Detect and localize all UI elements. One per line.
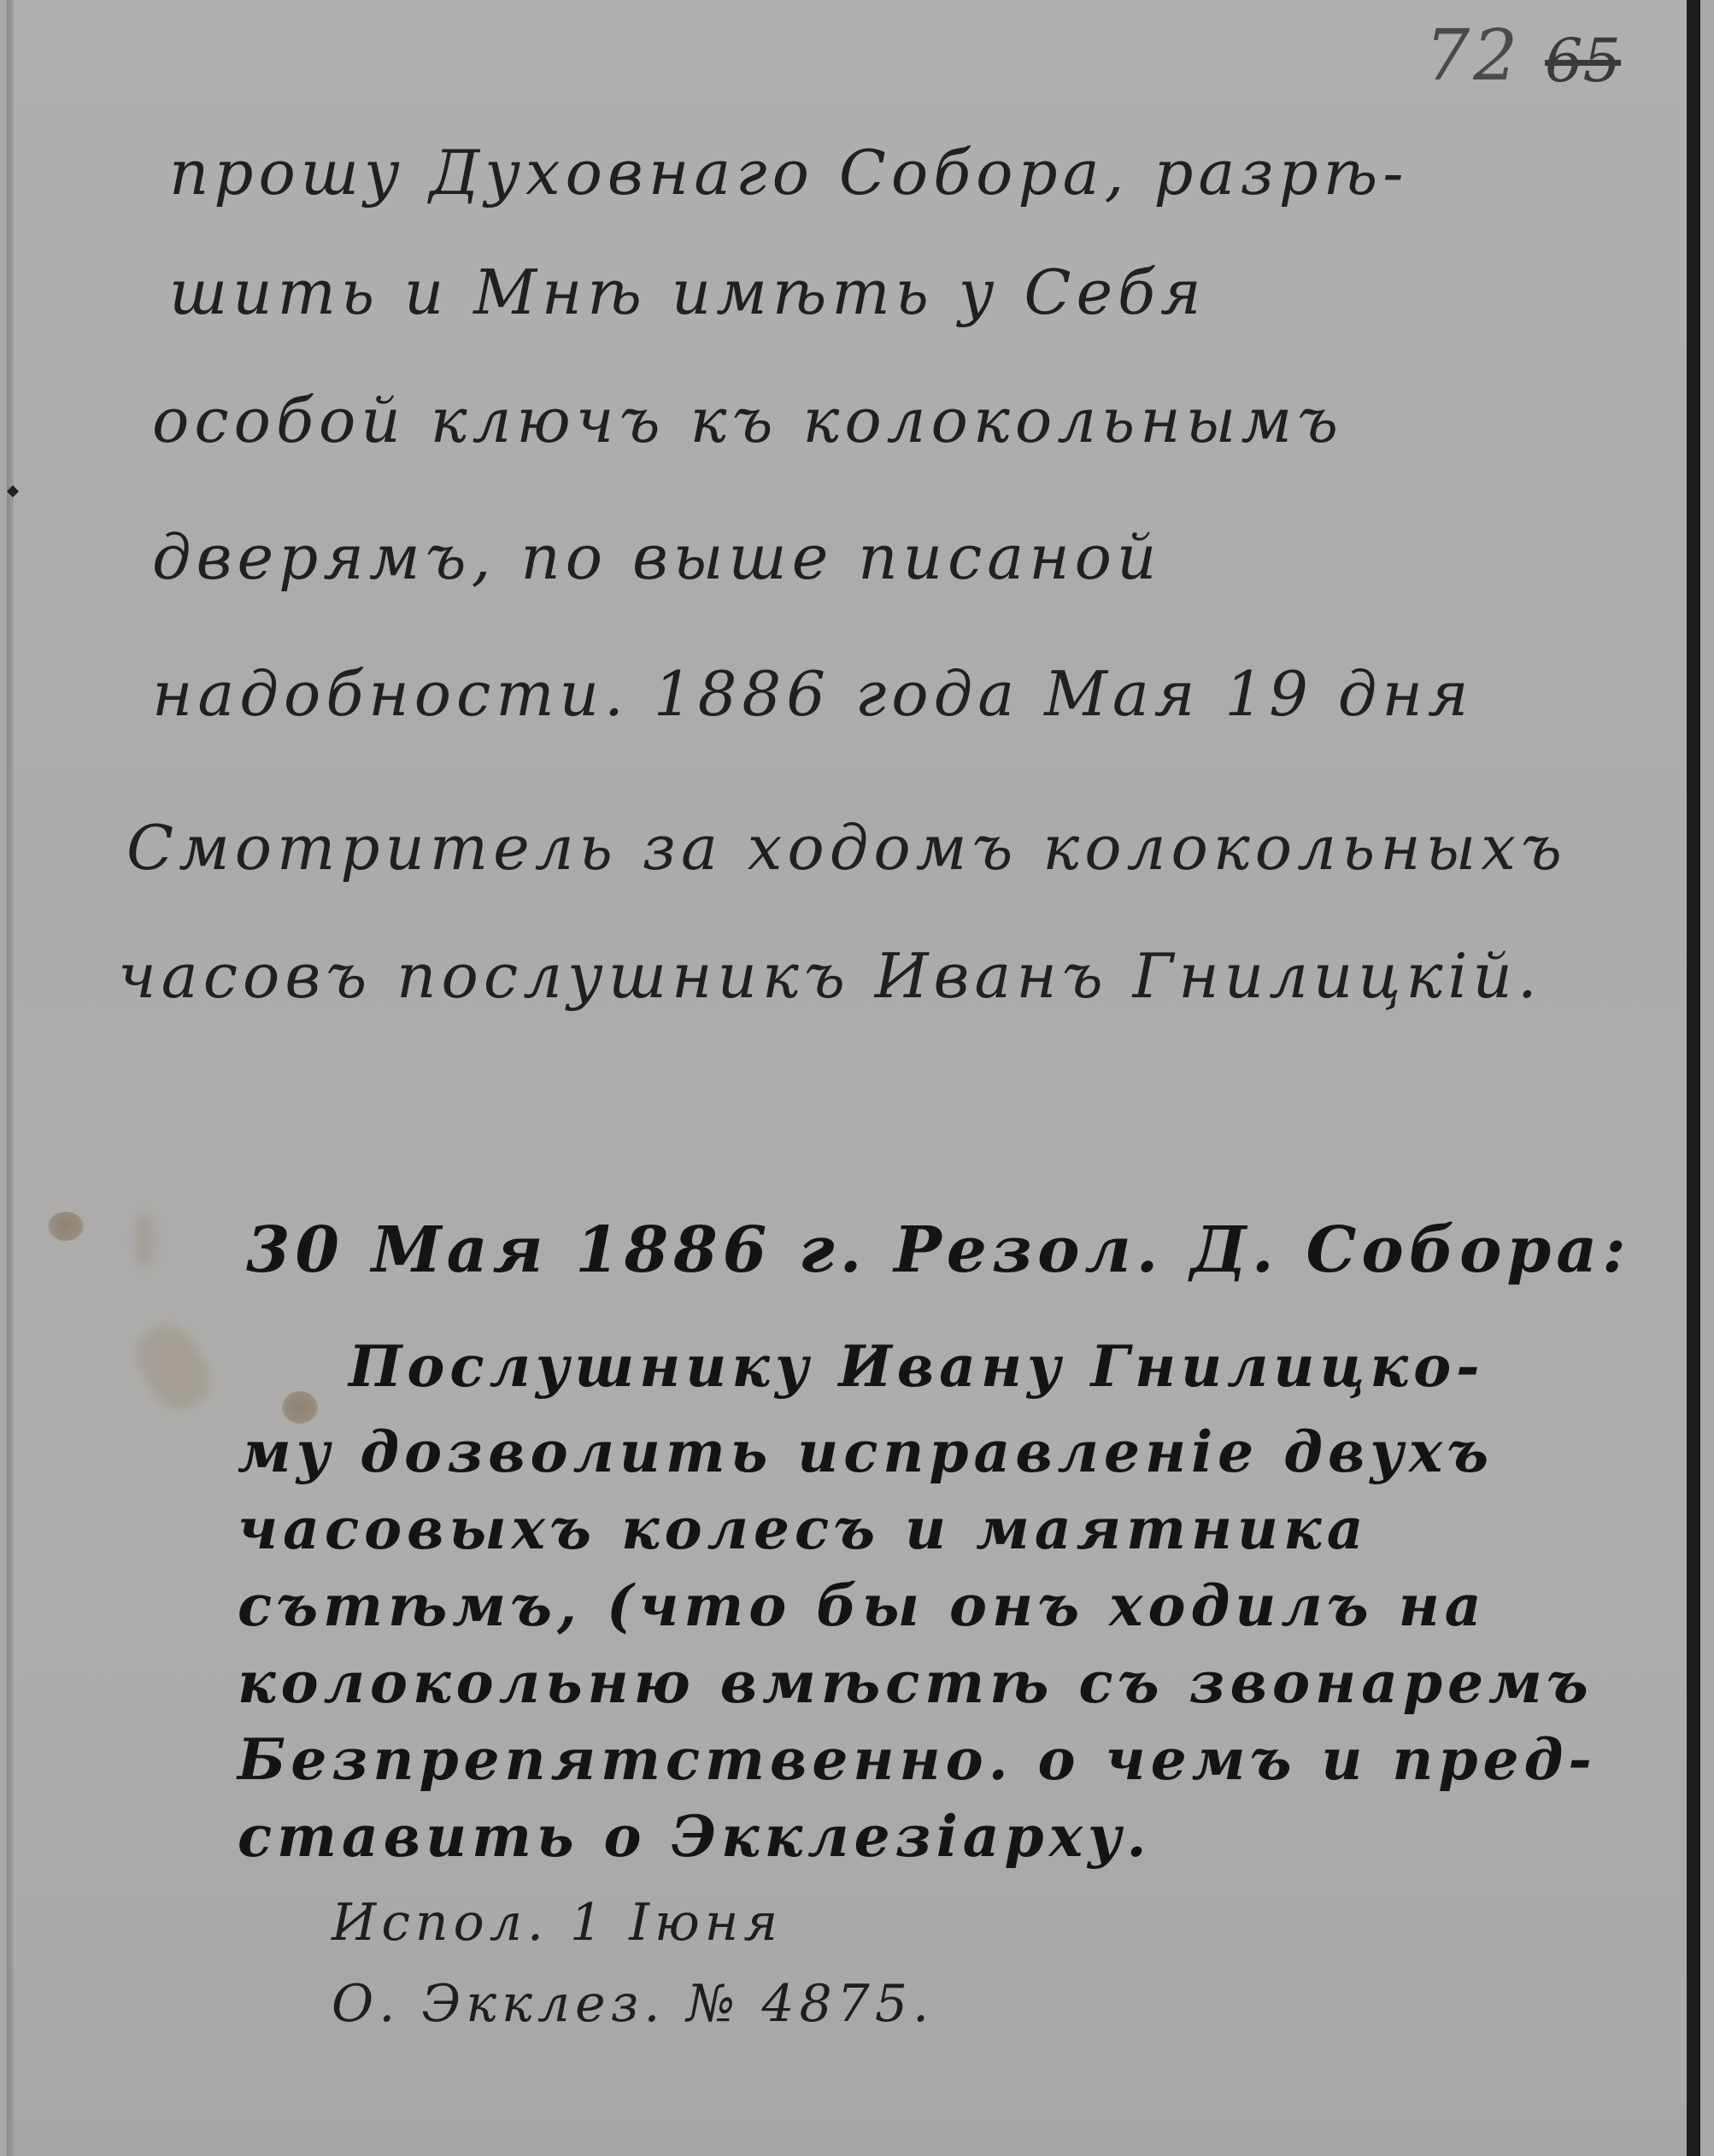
ink-stain	[48, 1212, 84, 1241]
folio-number: 72	[1425, 15, 1521, 97]
resolution-line: Безпрепятственно. о чемъ и пред-	[238, 1726, 1597, 1793]
manuscript-page: 72 65 прошу Духовнаго Собора, разрѣ- шит…	[7, 0, 1700, 2156]
resolution-line: часовыхъ колесъ и маятника	[238, 1495, 1368, 1562]
execution-note-line: Испол. 1 Іюня	[332, 1893, 783, 1953]
resolution-line: Послушнику Ивану Гнилицко-	[349, 1333, 1485, 1400]
resolution-header: 30 Мая 1886 г. Резол. Д. Собора:	[246, 1213, 1631, 1287]
resolution-line: ставить о Экклезіарху.	[238, 1803, 1152, 1870]
petition-line: шить и Мнѣ имѣть у Себя	[169, 256, 1206, 328]
petition-line: дверямъ, по выше писаной	[152, 521, 1161, 593]
ink-stain	[282, 1391, 318, 1424]
folio-number-crossed: 65	[1545, 26, 1621, 96]
signature-line: часовъ послушникъ Иванъ Гнилицкій.	[118, 940, 1542, 1012]
resolution-line: му дозволить исправленіе двухъ	[238, 1419, 1494, 1485]
petition-line: особой ключъ къ колокольнымъ	[152, 385, 1343, 456]
scan-border-right	[1687, 0, 1700, 2156]
petition-line: надобности. 1886 года Мая 19 дня	[152, 658, 1474, 730]
petition-line: Смотритель за ходомъ колокольныхъ	[126, 812, 1567, 884]
execution-note-line: О. Экклез. № 4875.	[332, 1974, 934, 2034]
resolution-line: колокольню вмѣстѣ съ звонаремъ	[238, 1649, 1594, 1716]
page-left-edge	[7, 0, 14, 2156]
petition-line: прошу Духовнаго Собора, разрѣ-	[169, 137, 1409, 209]
paper-smudge	[126, 1315, 221, 1419]
paper-smudge	[137, 1213, 154, 1266]
resolution-line: сътѣмъ, (что бы онъ ходилъ на	[238, 1572, 1487, 1639]
